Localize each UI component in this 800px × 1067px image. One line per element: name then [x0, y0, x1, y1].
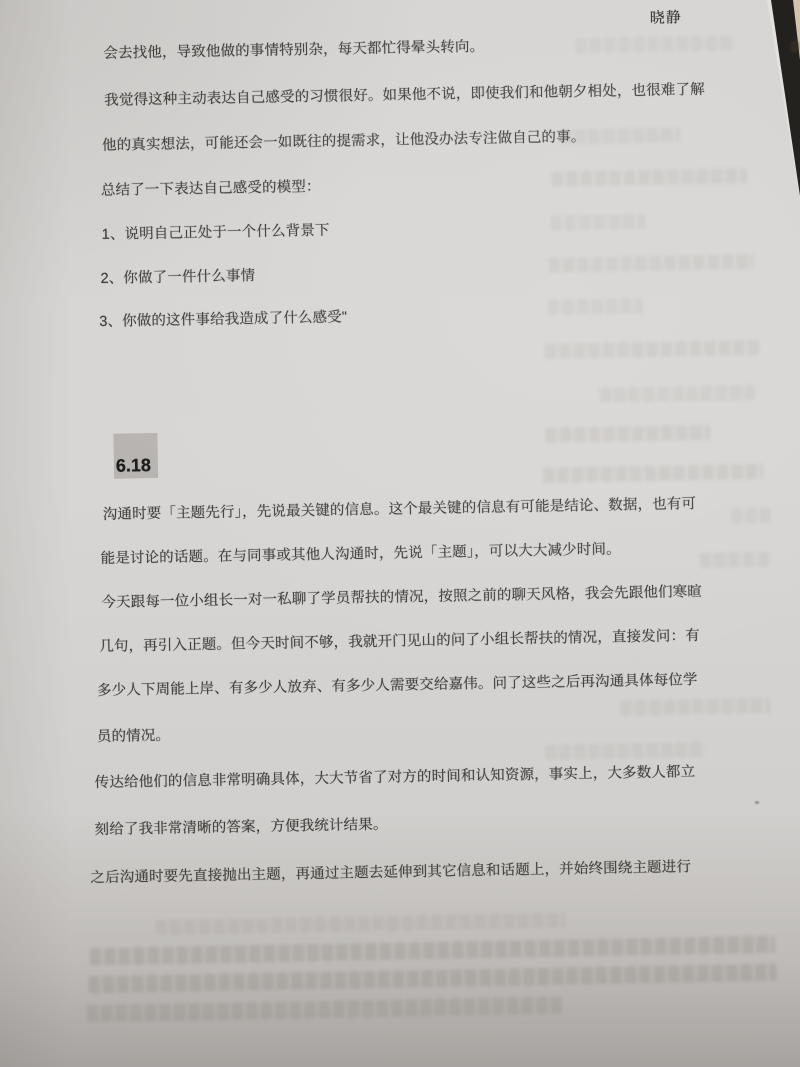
document-line: 1、说明自己正处于一个什么背景下 [102, 221, 330, 245]
document-line: 总结了一下表达自己感受的模型： [101, 177, 321, 201]
bleed-through-text [545, 425, 710, 443]
document-line: 多少人下周能上岸、有多少人放弃、有多少人需要交给嘉伟。问了这些之后再沟通具体每位… [97, 670, 698, 701]
bleed-through-text [545, 340, 760, 359]
document-line: 员的情况。 [97, 726, 171, 747]
bleed-through-text [620, 698, 770, 716]
bleed-through-text [600, 385, 755, 403]
document-line: 今天跟每一位小组长一对一私聊了学员帮扶的情况，按照之前的聊天风格，我会先跟他们寒… [101, 582, 702, 613]
document-line: 3、你做的这件事给我造成了什么感受" [99, 307, 347, 332]
bleed-through-text [155, 913, 565, 936]
author-name: 晓静 [650, 6, 682, 28]
photo-of-document-page: 晓静 会去找他，导致他做的事情特别杂，每天都忙得晕头转向。 我觉得这种主动表达自… [0, 0, 800, 1067]
document-line: 几句，再引入正题。但今天时间不够，我就开门见山的问了小组长帮扶的情况，直接发问：… [99, 626, 700, 657]
document-line: 之后沟通时要先直接抛出主题，再通过主题去延伸到其它信息和话题上，并始终围绕主题进… [90, 857, 691, 888]
bleed-through-text [548, 254, 753, 273]
bleed-through-text [575, 35, 735, 53]
document-line: 2、你做了一件什么事情 [100, 266, 255, 289]
date-highlight: 6.18 [113, 433, 158, 479]
document-line: 沟通时要「主题先行」，先说最关键的信息。这个最关键的信息有可能是结论、数据，也有… [103, 494, 697, 525]
bleed-through-text [90, 936, 775, 966]
document-line: 我觉得这种主动表达自己感受的习惯很好。如果他不说，即使我们和他朝夕相处，也很难了… [104, 80, 705, 111]
bleed-through-text [87, 997, 562, 1023]
document-line: 他的真实想法，可能还会一如既往的提需求，让他没办法专注做自己的事。 [102, 127, 586, 156]
bleed-through-text [731, 508, 771, 524]
document-line: 能是讨论的话题。在与同事或其他人沟通时，先说「主题」，可以大大减少时间。 [100, 539, 620, 569]
date-heading: 6.18 [116, 455, 151, 477]
bleed-through-text [700, 552, 772, 568]
document-line: 传达给他们的信息非常明确具体，大大节省了对方的时间和认知资源，事实上，大多数人都… [95, 762, 696, 793]
document-line: 刻给了我非常清晰的答案，方便我统计结果。 [94, 815, 387, 840]
bleed-through-text [552, 168, 747, 187]
bleed-through-text [545, 742, 705, 760]
document-line: 会去找他，导致他做的事情特别杂，每天都忙得晕头转向。 [103, 37, 484, 64]
bleed-through-text [543, 464, 763, 483]
background-corner-mark [790, 40, 799, 53]
paper-sheet: 晓静 会去找他，导致他做的事情特别杂，每天都忙得晕头转向。 我觉得这种主动表达自… [0, 0, 800, 1067]
dust-speck [755, 801, 759, 804]
bleed-through-text [550, 214, 645, 231]
bleed-through-text [88, 964, 776, 994]
bleed-through-text [560, 127, 680, 144]
bleed-through-text [548, 298, 643, 315]
dust-speck [252, 870, 255, 872]
